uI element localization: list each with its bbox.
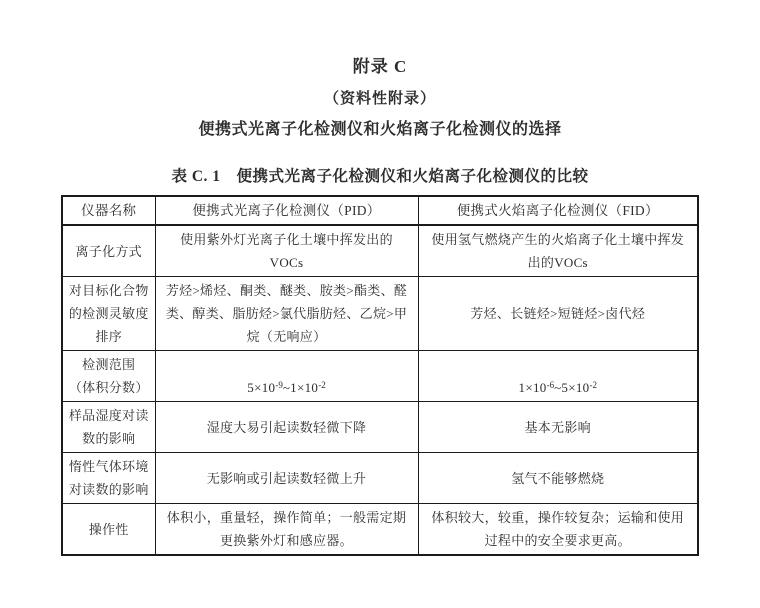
table-header-row: 仪器名称 便携式光离子化检测仪（PID） 便携式火焰离子化检测仪（FID） <box>62 196 698 225</box>
header-pid: 便携式光离子化检测仪（PID） <box>155 196 418 225</box>
appendix-subtitle: （资料性附录） <box>0 87 760 108</box>
row-label-sensitivity: 对目标化合物 的检测灵敏度 排序 <box>62 277 155 351</box>
row-label-operability: 操作性 <box>62 504 155 556</box>
pid-operability-cell: 体积小，重量轻，操作简单；一般需定期 更换紫外灯和感应器。 <box>155 504 418 556</box>
table-row-inert-gas: 惰性气体环境 对读数的影响 无影响或引起读数轻微上升 氢气不能够燃烧 <box>62 453 698 504</box>
pid-humidity-cell: 湿度大易引起读数轻微下降 <box>155 402 418 453</box>
header-instrument-name: 仪器名称 <box>62 196 155 225</box>
pid-range-value: 5×10-9~1×10-2 <box>247 380 325 395</box>
row-label-humidity: 样品湿度对读 数的影响 <box>62 402 155 453</box>
fid-detection-range-cell: 1×10-6~5×10-2 <box>418 351 698 402</box>
table-row-detection-range: 检测范围 （体积分数） 5×10-9~1×10-2 1×10-6~5×10-2 <box>62 351 698 402</box>
row-label-inert-gas: 惰性气体环境 对读数的影响 <box>62 453 155 504</box>
fid-range-value: 1×10-6~5×10-2 <box>519 380 597 395</box>
fid-operability-cell: 体积较大，较重，操作较复杂；运输和使用 过程中的安全要求更高。 <box>418 504 698 556</box>
pid-sensitivity-cell: 芳烃>烯烃、酮类、醚类、胺类>酯类、醛 类、醇类、脂肪烃>氯代脂肪烃、乙烷>甲 … <box>155 277 418 351</box>
header-fid: 便携式火焰离子化检测仪（FID） <box>418 196 698 225</box>
pid-inert-gas-cell: 无影响或引起读数轻微上升 <box>155 453 418 504</box>
appendix-header-block: 附录 C （资料性附录） 便携式光离子化检测仪和火焰离子化检测仪的选择 <box>0 0 760 139</box>
fid-inert-gas-cell: 氢气不能够燃烧 <box>418 453 698 504</box>
table-row-humidity: 样品湿度对读 数的影响 湿度大易引起读数轻微下降 基本无影响 <box>62 402 698 453</box>
row-label-detection-range: 检测范围 （体积分数） <box>62 351 155 402</box>
fid-sensitivity-cell: 芳烃、长链烃>短链烃>卤代烃 <box>418 277 698 351</box>
table-row-ionization: 离子化方式 使用紫外灯光离子化土壤中挥发出的 VOCs 使用氢气燃烧产生的火焰离… <box>62 225 698 277</box>
table-caption: 表 C. 1 便携式光离子化检测仪和火焰离子化检测仪的比较 <box>0 164 760 186</box>
fid-humidity-cell: 基本无影响 <box>418 402 698 453</box>
table-row-operability: 操作性 体积小，重量轻，操作简单；一般需定期 更换紫外灯和感应器。 体积较大，较… <box>62 504 698 556</box>
pid-ionization-cell: 使用紫外灯光离子化土壤中挥发出的 VOCs <box>155 225 418 277</box>
pid-detection-range-cell: 5×10-9~1×10-2 <box>155 351 418 402</box>
row-label-ionization: 离子化方式 <box>62 225 155 277</box>
document-page: 附录 C （资料性附录） 便携式光离子化检测仪和火焰离子化检测仪的选择 表 C.… <box>0 0 760 608</box>
fid-ionization-cell: 使用氢气燃烧产生的火焰离子化土壤中挥发 出的VOCs <box>418 225 698 277</box>
table-row-sensitivity: 对目标化合物 的检测灵敏度 排序 芳烃>烯烃、酮类、醚类、胺类>酯类、醛 类、醇… <box>62 277 698 351</box>
comparison-table: 仪器名称 便携式光离子化检测仪（PID） 便携式火焰离子化检测仪（FID） 离子… <box>61 195 699 556</box>
appendix-heading: 便携式光离子化检测仪和火焰离子化检测仪的选择 <box>0 116 760 139</box>
appendix-title: 附录 C <box>0 52 760 77</box>
